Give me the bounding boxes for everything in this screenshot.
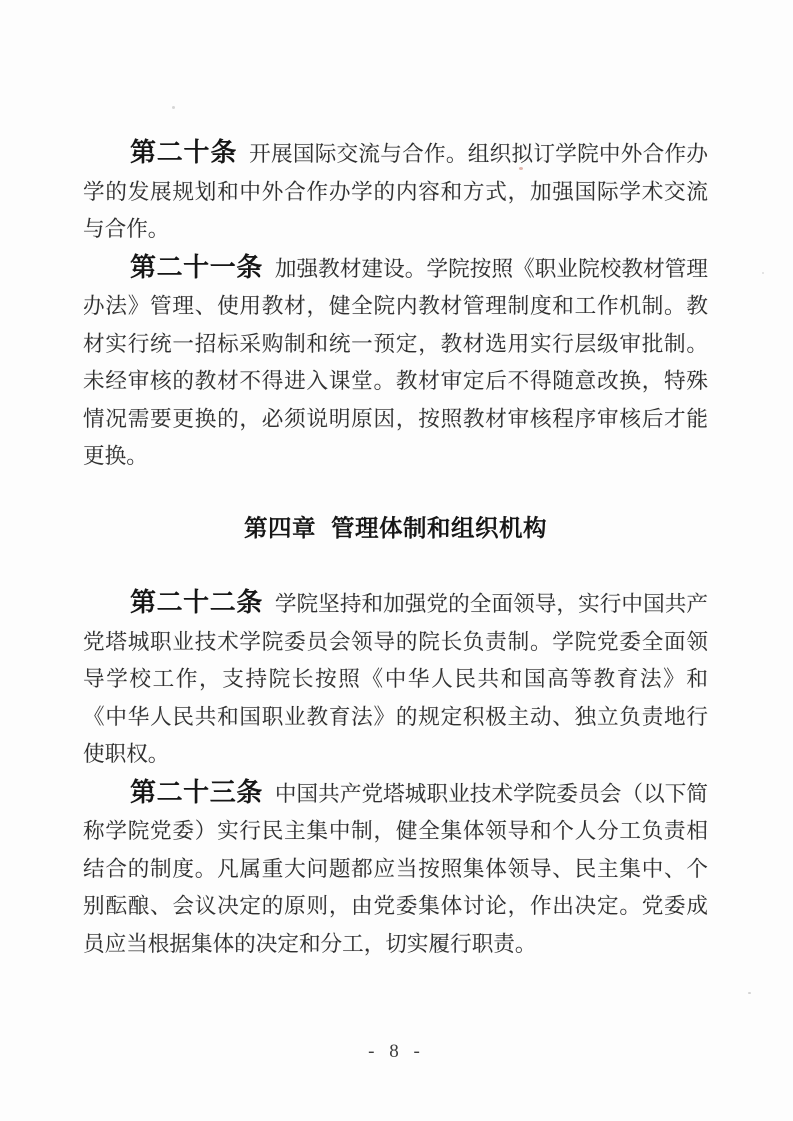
chapter-4-heading: 第四章管理体制和组织机构	[83, 510, 708, 548]
chapter-4-number: 第四章	[244, 515, 316, 541]
article-23-number: 第二十三条	[130, 777, 263, 807]
article-20-number: 第二十条	[130, 137, 237, 167]
document-body: 第二十条开展国际交流与合作。组织拟订学院中外合作办学的发展规划和中外合作办学的内…	[83, 134, 708, 963]
article-23-text: 中国共产党塔城职业技术学院委员会（以下简称学院党委）实行民主集中制，健全集体领导…	[83, 782, 708, 956]
article-21-text: 加强教材建设。学院按照《职业院校教材管理办法》管理、使用教材，健全院内教材管理制…	[83, 257, 708, 469]
article-20-paragraph: 第二十条开展国际交流与合作。组织拟订学院中外合作办学的发展规划和中外合作办学的内…	[83, 134, 708, 249]
article-21-number: 第二十一条	[130, 252, 263, 282]
article-23-paragraph: 第二十三条中国共产党塔城职业技术学院委员会（以下简称学院党委）实行民主集中制，健…	[83, 774, 708, 964]
scan-speck	[762, 272, 764, 274]
chapter-4-title: 管理体制和组织机构	[331, 515, 547, 541]
scanned-document-page: 第二十条开展国际交流与合作。组织拟订学院中外合作办学的发展规划和中外合作办学的内…	[0, 0, 793, 1121]
article-22-paragraph: 第二十二条学院坚持和加强党的全面领导，实行中国共产党塔城职业技术学院委员会领导的…	[83, 584, 708, 774]
scan-speck	[172, 106, 175, 109]
article-22-text: 学院坚持和加强党的全面领导，实行中国共产党塔城职业技术学院委员会领导的院长负责制…	[83, 592, 708, 766]
scan-speck	[519, 167, 523, 170]
scan-speck	[748, 992, 751, 994]
article-22-number: 第二十二条	[130, 587, 263, 617]
page-number: - 8 -	[0, 1040, 793, 1064]
article-21-paragraph: 第二十一条加强教材建设。学院按照《职业院校教材管理办法》管理、使用教材，健全院内…	[83, 249, 708, 476]
